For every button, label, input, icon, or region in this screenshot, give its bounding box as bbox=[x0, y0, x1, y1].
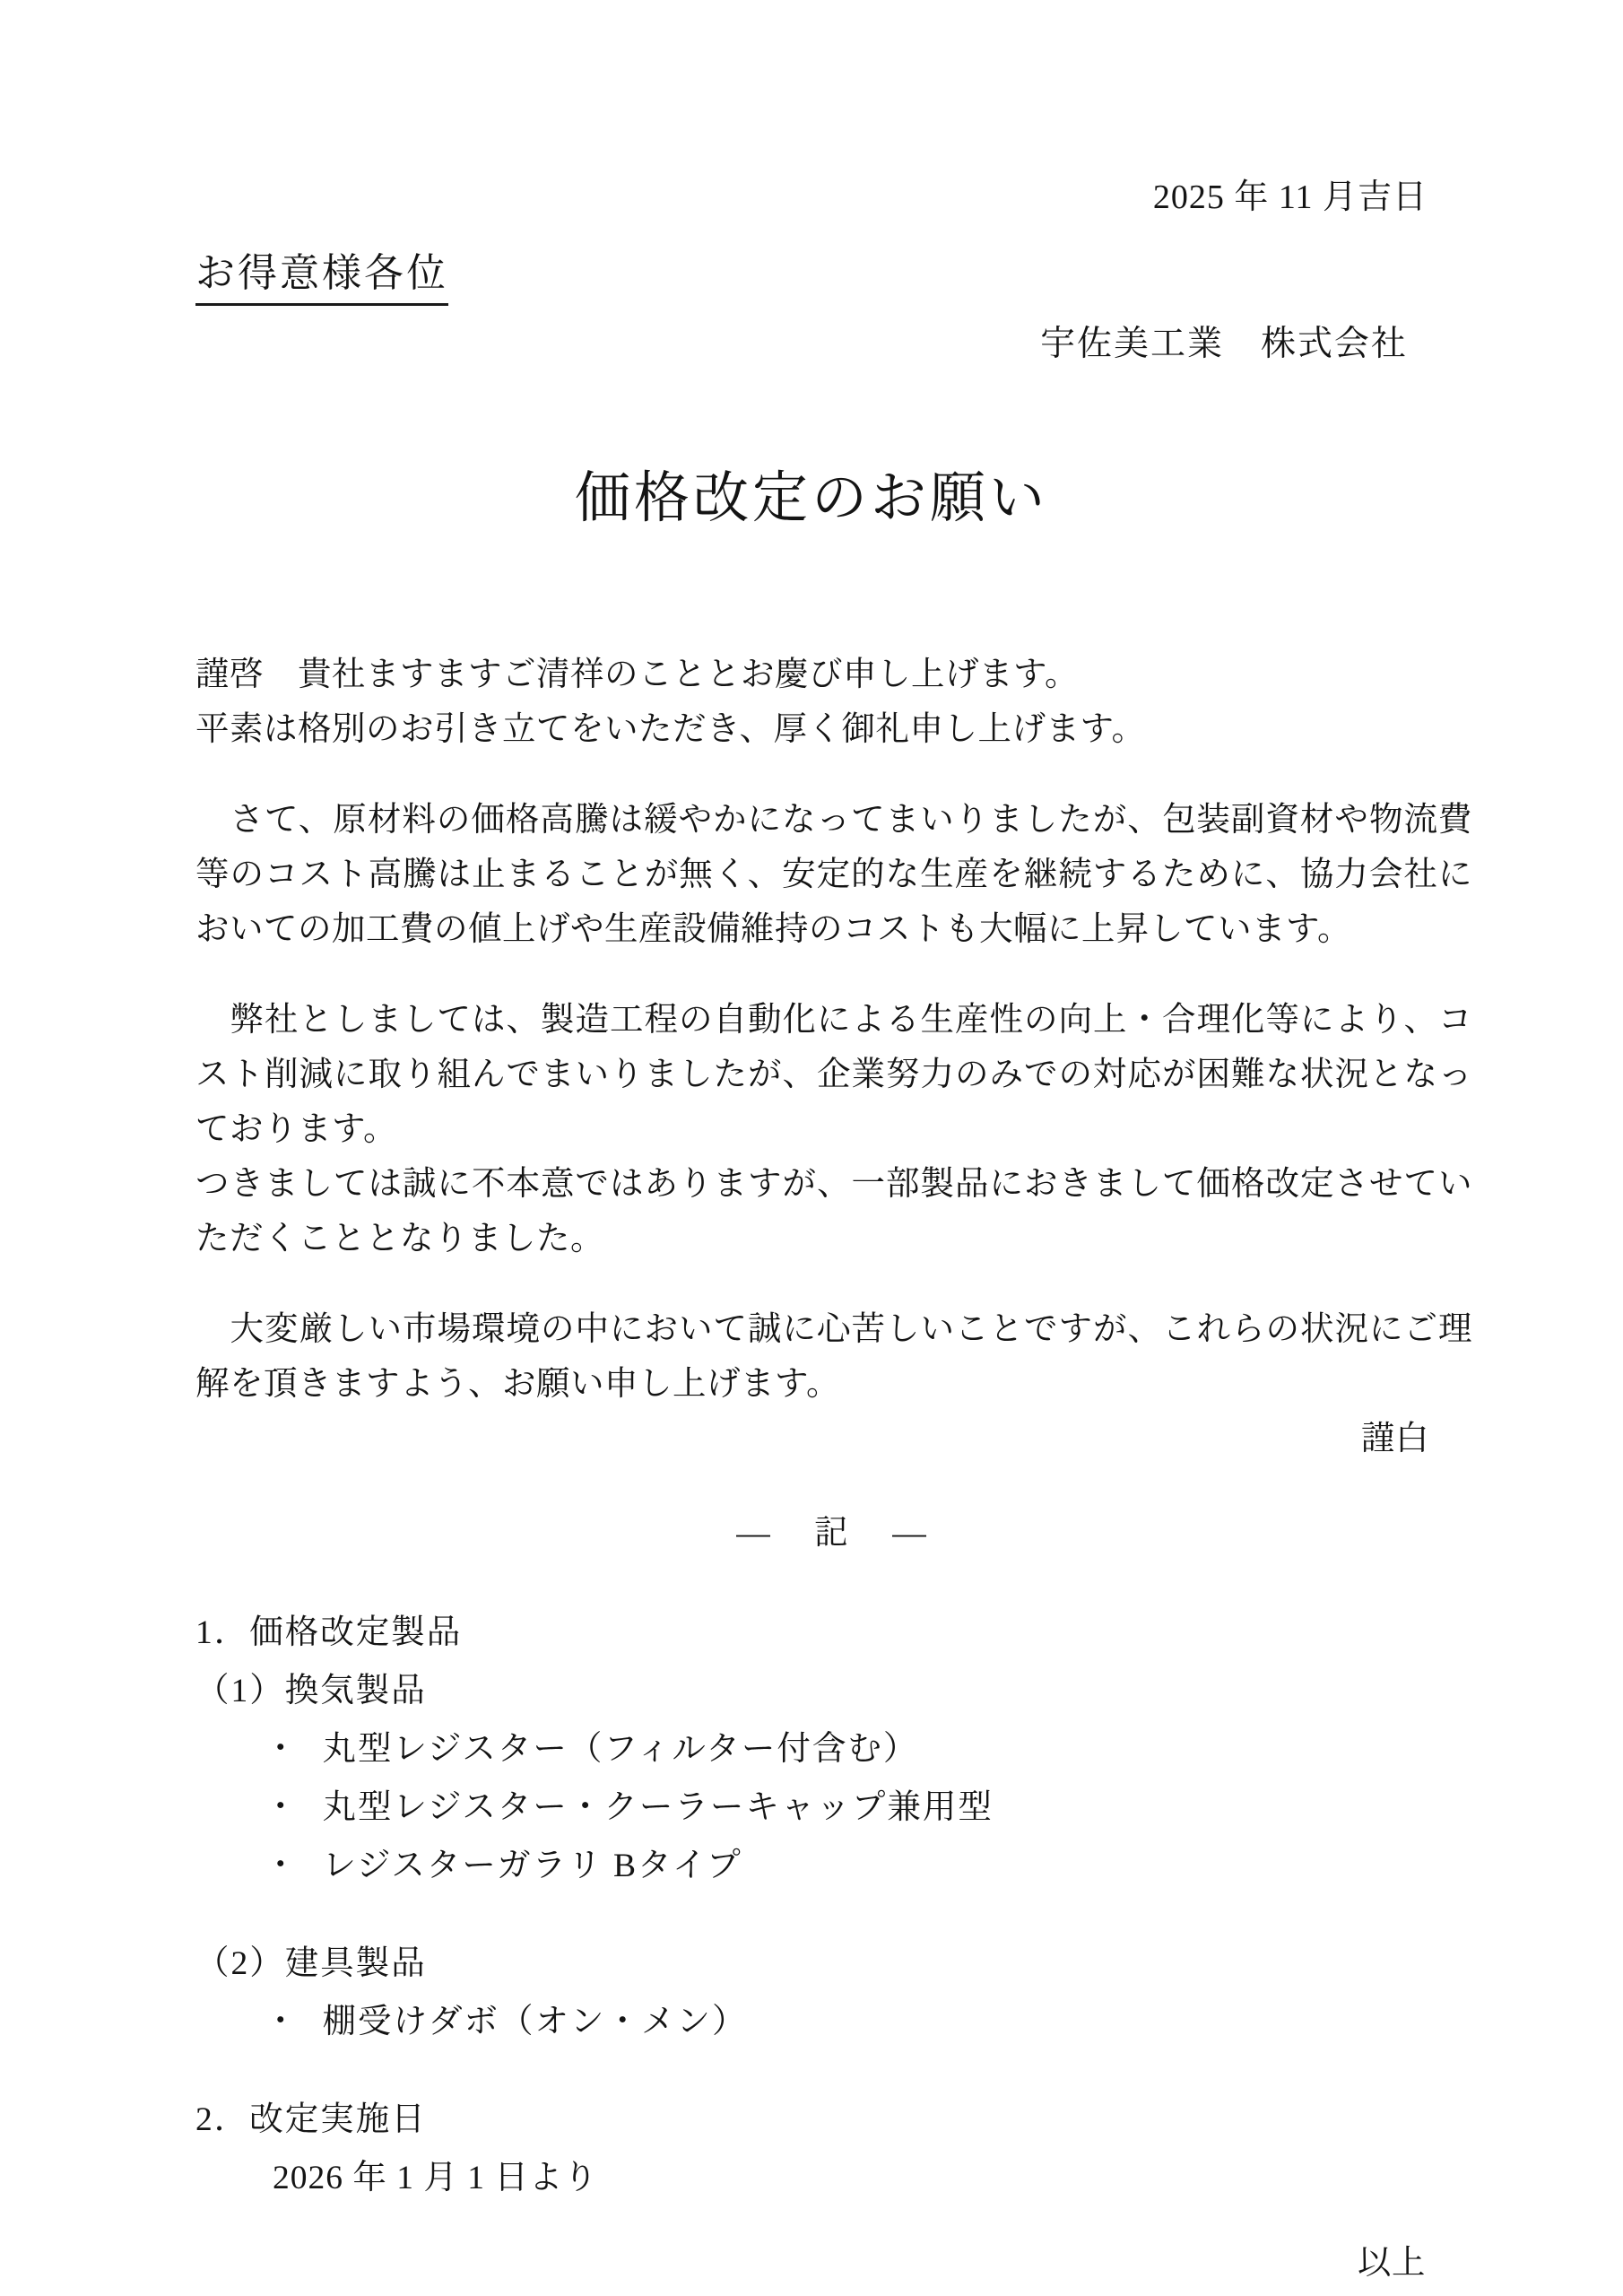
product-item-label: 丸型レジスター（フィルター付含む） bbox=[323, 1731, 919, 1768]
product-item-label: 棚受けダボ（オン・メン） bbox=[323, 2004, 748, 2040]
paragraph-company-efforts: 弊社としましては、製造工程の自動化による生産性の向上・合理化等により、コスト削減… bbox=[195, 993, 1472, 1266]
document-date: 2025 年 11 月吉日 bbox=[195, 169, 1471, 218]
product-item-register-galari-b: ・レジスターガラリ Bタイプ bbox=[195, 1837, 1472, 1895]
product-item-shelf-dowel: ・棚受けダボ（オン・メン） bbox=[195, 1993, 1472, 2051]
subsection-ventilation-label: （1）換気製品 bbox=[195, 1662, 1472, 1720]
paragraph-greeting: 謹啓 貴社ますますご清祥のこととお慶び申し上げます。 平素は格別のお引き立てをい… bbox=[195, 648, 1472, 757]
bullet-icon: ・ bbox=[264, 1731, 299, 1768]
record-marker: — 記 — bbox=[195, 1506, 1472, 1561]
recipient-line: お得意様各位 bbox=[195, 240, 448, 306]
paragraph-request-understanding: 大変厳しい市場環境の中において誠に心苦しいことですが、これらの状況にご理解を頂き… bbox=[195, 1302, 1472, 1412]
document-body: 謹啓 貴社ますますご清祥のこととお慶び申し上げます。 平素は格別のお引き立てをい… bbox=[195, 648, 1472, 2292]
product-item-round-register-cooler-cap: ・丸型レジスター・クーラーキャップ兼用型 bbox=[195, 1779, 1472, 1837]
closing-salutation: 謹白 bbox=[195, 1412, 1472, 1466]
document-page: 2025 年 11 月吉日 お得意様各位 宇佐美工業 株式会社 価格改定のお願い… bbox=[0, 0, 1623, 2296]
effective-date: 2026 年 1 月 1 日より bbox=[195, 2149, 1472, 2207]
subsection-fittings-label: （2）建具製品 bbox=[195, 1935, 1472, 1993]
product-item-round-register: ・丸型レジスター（フィルター付含む） bbox=[195, 1720, 1472, 1779]
product-item-label: レジスターガラリ Bタイプ bbox=[323, 1848, 742, 1884]
company-name: 宇佐美工業 株式会社 bbox=[195, 316, 1471, 366]
bullet-icon: ・ bbox=[264, 1848, 299, 1884]
document-title: 価格改定のお願い bbox=[0, 453, 1623, 533]
end-marker: 以上 bbox=[195, 2234, 1472, 2292]
notice-list: 1．価格改定製品 （1）換気製品 ・丸型レジスター（フィルター付含む） ・丸型レ… bbox=[195, 1604, 1472, 2292]
product-item-label: 丸型レジスター・クーラーキャップ兼用型 bbox=[323, 1789, 994, 1826]
section-1-heading: 1．価格改定製品 bbox=[195, 1604, 1472, 1662]
paragraph-cost-situation: さて、原材料の価格高騰は緩やかになってまいりましたが、包装副資材や物流費等のコス… bbox=[195, 793, 1472, 957]
recipient-text: お得意様各位 bbox=[195, 240, 448, 306]
section-2-heading: 2．改定実施日 bbox=[195, 2091, 1472, 2149]
bullet-icon: ・ bbox=[264, 2004, 299, 2040]
bullet-icon: ・ bbox=[264, 1789, 299, 1826]
